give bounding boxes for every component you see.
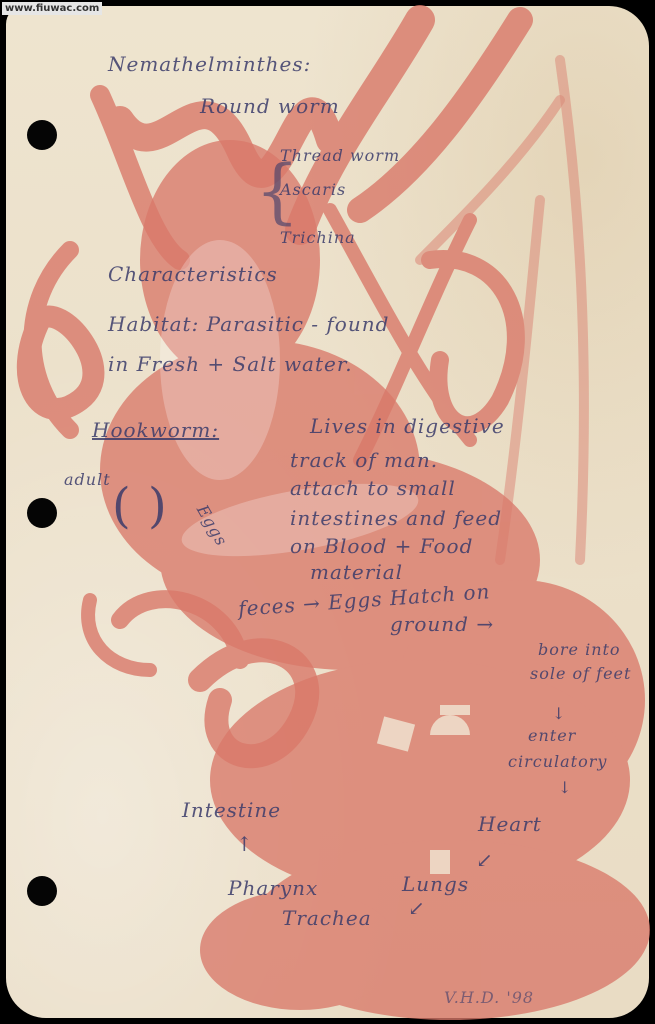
note-title: Nemathelminthes: — [108, 52, 311, 76]
note-cycle-3: enter — [528, 726, 576, 745]
signature: V.H.D. '98 — [444, 988, 534, 1007]
note-hookworm-6: material — [310, 560, 403, 584]
note-adult: adult — [64, 470, 111, 489]
note-cycle-2: sole of feet — [530, 664, 631, 683]
note-hookworm-4: intestines and feed — [290, 506, 502, 530]
note-cycle-4: circulatory — [508, 752, 607, 771]
note-type-3: Trichina — [280, 228, 356, 247]
arrow-lungs-trachea: ↙ — [408, 896, 426, 920]
note-habitat-2: in Fresh + Salt water. — [108, 352, 353, 376]
binder-hole-top — [27, 120, 57, 150]
note-trachea: Trachea — [282, 906, 372, 930]
note-hookworm-label: Hookworm: — [92, 418, 219, 442]
note-heart: Heart — [478, 812, 542, 836]
note-cycle-1: bore into — [538, 640, 621, 659]
note-habitat-1: Habitat: Parasitic - found — [108, 312, 389, 336]
note-lungs: Lungs — [402, 872, 469, 896]
note-characteristics: Characteristics — [108, 262, 278, 286]
watermark: www.fiuwac.com — [2, 2, 102, 15]
note-type-2: Ascaris — [280, 180, 346, 199]
note-hookworm-1: Lives in digestive — [310, 414, 505, 438]
note-pharynx: Pharynx — [228, 876, 318, 900]
arrow-down-1: ↓ — [552, 704, 566, 723]
note-hookworm-3: attach to small — [290, 476, 456, 500]
note-paren: ( ) — [112, 478, 168, 534]
binder-hole-middle — [27, 498, 57, 528]
arrow-up: ↑ — [236, 832, 254, 856]
binder-hole-bottom — [27, 876, 57, 906]
arrow-heart-lungs: ↙ — [476, 848, 494, 872]
note-hookworm-5: on Blood + Food — [290, 534, 473, 558]
note-intestine: Intestine — [182, 798, 281, 822]
note-subtitle: Round worm — [200, 94, 340, 118]
note-hookworm-2: track of man. — [290, 448, 438, 472]
arrow-down-2: ↓ — [558, 778, 572, 797]
note-ground: ground → — [390, 612, 494, 636]
